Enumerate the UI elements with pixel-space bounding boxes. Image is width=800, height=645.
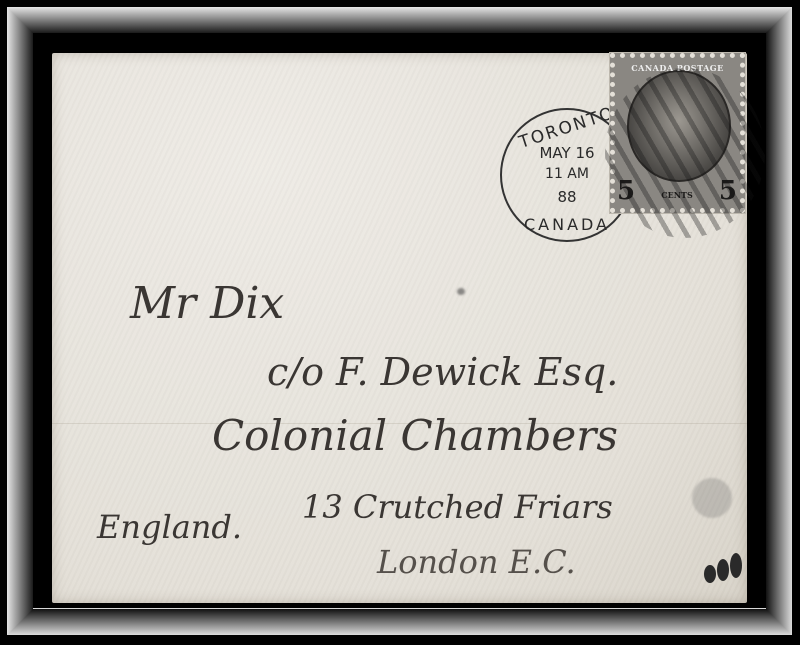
frame-bevel-left [7,7,33,635]
address-line-city: London E.C. [377,543,576,581]
frame-bevel-top [7,7,792,33]
cancel-mark-fragment [730,553,742,578]
postmark-country: CANADA [502,215,632,234]
cancel-mark-fragment [717,559,729,581]
address-line-country: England. [97,508,242,546]
envelope: TORONTO MAY 16 11 AM 88 CANADA CANADA PO… [52,53,747,603]
ink-spot [457,288,465,295]
cancel-mark-fragment [704,565,716,583]
address-line-recipient: Mr Dix [130,278,284,329]
frame-bevel-right [766,7,792,635]
address-line-building: Colonial Chambers [212,411,618,460]
smudge [692,478,732,518]
address-line-care-of: c/o F. Dewick Esq. [267,350,618,394]
address-line-street: 13 Crutched Friars [302,488,613,526]
frame-bevel-bottom [7,609,792,635]
grid-cancel-icon [605,68,765,238]
postage-stamp: CANADA POSTAGE 5 CENTS 5 [610,53,745,213]
